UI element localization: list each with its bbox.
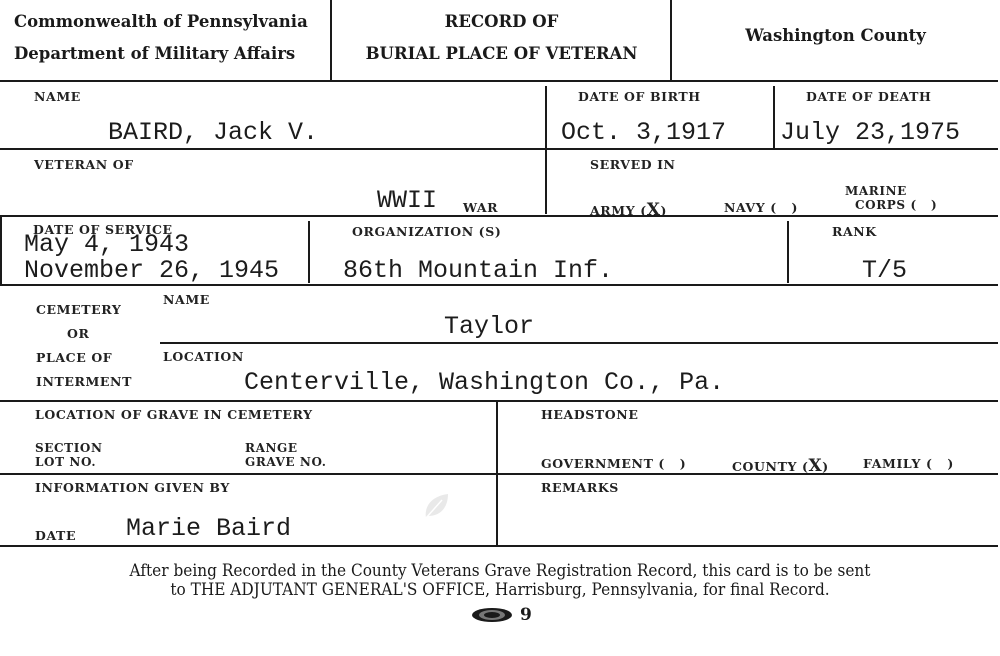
headstone-label: HEADSTONE xyxy=(541,407,638,422)
date-label: DATE xyxy=(35,528,76,543)
army-x-mark: X xyxy=(647,200,661,220)
name-label: NAME xyxy=(34,89,81,104)
birth-date: Oct. 3,1917 xyxy=(561,118,726,147)
cemetery-row-rule xyxy=(0,400,998,402)
served-divider xyxy=(545,150,547,214)
birth-divider xyxy=(545,86,547,149)
cemetery-name-rule xyxy=(160,342,998,344)
county-name: Washington County xyxy=(673,26,998,45)
county-close: ) xyxy=(822,459,829,474)
service-from: May 4, 1943 xyxy=(24,230,189,259)
agency-line-1: Commonwealth of Pennsylvania xyxy=(14,12,308,31)
printer-mark: 9 xyxy=(470,605,532,625)
marine-corps-checkbox: CORPS ( ) xyxy=(855,199,937,211)
rank-label: RANK xyxy=(832,224,877,239)
county-label: COUNTY ( xyxy=(732,459,808,474)
form-title-line-2: BURIAL PLACE OF VETERAN xyxy=(333,44,670,63)
cemetery-side-line-2: OR xyxy=(67,326,89,341)
range-label: RANGE xyxy=(245,442,298,454)
family-checkbox: FAMILY ( ) xyxy=(863,456,954,471)
grave-no-label: GRAVE NO. xyxy=(245,456,327,468)
cemetery-name: Taylor xyxy=(444,312,534,341)
name-row-rule xyxy=(0,148,998,150)
cemetery-location: Centerville, Washington Co., Pa. xyxy=(244,368,724,397)
info-given-by-label: INFORMATION GIVEN BY xyxy=(35,480,230,495)
army-checkbox: ARMY (X) xyxy=(590,200,667,220)
marine-label-line-1: MARINE xyxy=(845,185,907,197)
war-suffix: WAR xyxy=(463,200,498,215)
cemetery-side-line-4: INTERMENT xyxy=(36,374,132,389)
form-title-line-1: RECORD OF xyxy=(333,12,670,31)
service-row-rule xyxy=(0,284,998,286)
served-row-rule xyxy=(0,215,998,217)
grave-location-label: LOCATION OF GRAVE IN CEMETERY xyxy=(35,407,313,422)
section-label: SECTION xyxy=(35,442,103,454)
remarks-label: REMARKS xyxy=(541,480,619,495)
war-value: WWII xyxy=(377,186,437,215)
veteran-name: BAIRD, Jack V. xyxy=(108,118,318,147)
death-date: July 23,1975 xyxy=(780,118,960,147)
cemetery-side-line-3: PLACE OF xyxy=(36,350,112,365)
bottom-rule xyxy=(0,545,998,547)
page-number: 9 xyxy=(520,605,532,625)
union-label-icon xyxy=(470,606,514,624)
header-divider-1 xyxy=(330,0,332,80)
navy-checkbox: NAVY ( ) xyxy=(724,200,798,215)
agency-line-2: Department of Military Affairs xyxy=(14,44,295,63)
death-label: DATE OF DEATH xyxy=(806,89,931,104)
grave-row-rule xyxy=(0,473,998,475)
rank-value: T/5 xyxy=(862,256,907,285)
organization-label: ORGANIZATION (S) xyxy=(352,224,501,239)
lot-no-label: LOT NO. xyxy=(35,456,96,468)
served-in-label: SERVED IN xyxy=(590,157,676,172)
header-rule xyxy=(0,80,998,82)
footer-instruction-line-1: After being Recorded in the County Veter… xyxy=(35,561,965,580)
death-divider xyxy=(773,86,775,149)
rank-divider xyxy=(787,221,789,283)
footer-instruction-line-2: to THE ADJUTANT GENERAL'S OFFICE, Harris… xyxy=(35,580,965,599)
service-to: November 26, 1945 xyxy=(24,256,279,285)
cemetery-name-label: NAME xyxy=(163,292,210,307)
org-divider xyxy=(308,221,310,283)
header-divider-2 xyxy=(670,0,672,80)
veteran-of-label: VETERAN OF xyxy=(34,157,134,172)
informant-name: Marie Baird xyxy=(126,514,291,543)
leaf-watermark-icon xyxy=(420,490,452,522)
cemetery-side-line-1: CEMETERY xyxy=(36,302,121,317)
organization-value: 86th Mountain Inf. xyxy=(343,256,613,285)
service-left-border xyxy=(0,215,2,285)
location-label: LOCATION xyxy=(163,349,244,364)
government-checkbox: GOVERNMENT ( ) xyxy=(541,456,686,471)
birth-label: DATE OF BIRTH xyxy=(578,89,701,104)
